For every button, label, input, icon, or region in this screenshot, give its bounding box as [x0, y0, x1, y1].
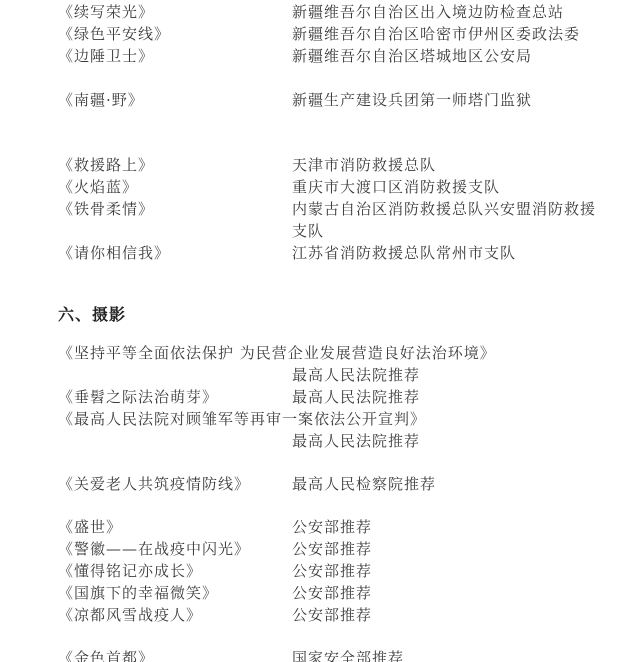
- work-title: 《最高人民法院对顾雏军等再审一案依法公开宣判》: [58, 409, 426, 429]
- work-organization: 新疆生产建设兵团第一师塔门监狱: [292, 90, 532, 110]
- work-organization: 江苏省消防救援总队常州市支队: [292, 243, 516, 263]
- work-title: 《绿色平安线》: [58, 24, 170, 44]
- work-organization: 支队: [292, 221, 324, 241]
- work-organization: 新疆维吾尔自治区出入境边防检查总站: [292, 2, 564, 22]
- work-organization: 新疆维吾尔自治区哈密市伊州区委政法委: [292, 24, 580, 44]
- work-title: 《国旗下的幸福微笑》: [58, 583, 218, 603]
- work-title: 《续写荣光》: [58, 2, 154, 22]
- work-title: 《坚持平等全面依法保护 为民营企业发展营造良好法治环境》: [58, 343, 496, 363]
- work-title: 《凉都风雪战疫人》: [58, 605, 202, 625]
- work-organization: 公安部推荐: [292, 583, 372, 603]
- work-title: 《请你相信我》: [58, 243, 170, 263]
- work-title: 《边陲卫士》: [58, 46, 154, 66]
- work-organization: 公安部推荐: [292, 605, 372, 625]
- work-organization: 公安部推荐: [292, 561, 372, 581]
- work-title: 《铁骨柔情》: [58, 199, 154, 219]
- work-title: 《关爱老人共筑疫情防线》: [58, 474, 250, 494]
- work-organization: 新疆维吾尔自治区塔城地区公安局: [292, 46, 532, 66]
- work-title: 《盛世》: [58, 517, 122, 537]
- work-title: 《南疆·野》: [58, 90, 144, 110]
- work-organization: 公安部推荐: [292, 539, 372, 559]
- work-organization: 国家安全部推荐: [292, 648, 404, 662]
- work-title: 《懂得铭记亦成长》: [58, 561, 202, 581]
- work-organization: 最高人民法院推荐: [292, 387, 420, 407]
- work-organization: 重庆市大渡口区消防救援支队: [292, 177, 500, 197]
- work-organization: 内蒙古自治区消防救援总队兴安盟消防救援: [292, 199, 596, 219]
- work-title: 《垂髫之际法治萌芽》: [58, 387, 218, 407]
- work-organization: 最高人民法院推荐: [292, 431, 420, 451]
- work-title: 《金色首都》: [58, 648, 154, 662]
- work-organization: 天津市消防救援总队: [292, 155, 436, 175]
- work-organization: 公安部推荐: [292, 517, 372, 537]
- work-organization: 最高人民法院推荐: [292, 365, 420, 385]
- work-title: 《警徽——在战疫中闪光》: [58, 539, 250, 559]
- work-organization: 最高人民检察院推荐: [292, 474, 436, 494]
- work-title: 《救援路上》: [58, 155, 154, 175]
- work-title: 《火焰蓝》: [58, 177, 138, 197]
- section-heading-photography: 六、摄影: [58, 302, 126, 325]
